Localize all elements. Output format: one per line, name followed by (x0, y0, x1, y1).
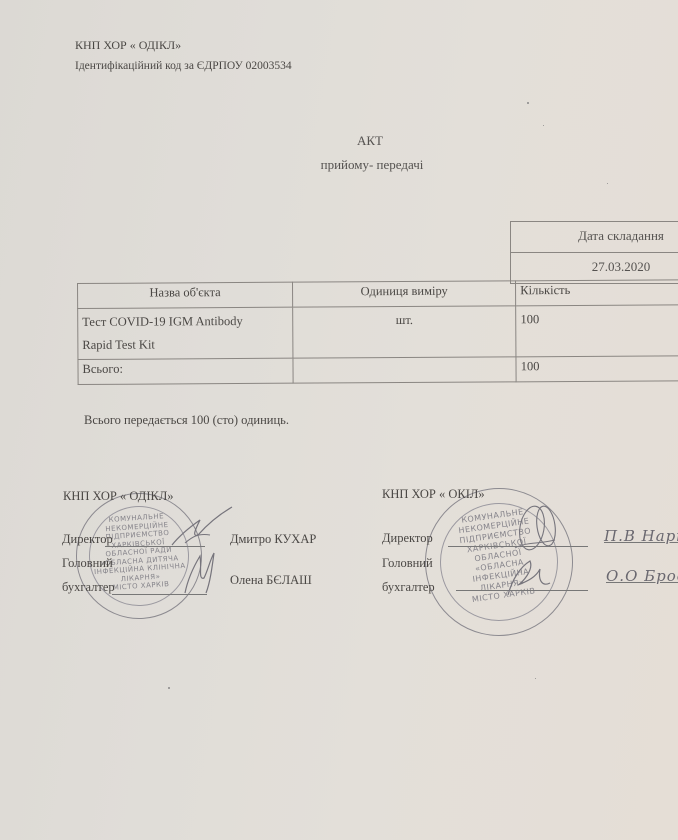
left-accountant-signature (180, 548, 220, 598)
paper-speck (607, 183, 608, 184)
document-title: АКТ (0, 133, 678, 149)
left-accountant-name: Олена БЄЛАШ (230, 573, 312, 588)
left-director-label: Директор (62, 532, 113, 547)
summary-text: Всього передається 100 (сто) одиниць. (84, 413, 289, 428)
left-accountant-label-1: Головний (62, 556, 113, 571)
date-label: Дата складання (511, 222, 678, 253)
item-name-line-2: Rapid Test Kit (82, 333, 288, 357)
date-box: Дата складання 27.03.2020 (510, 221, 678, 284)
table-header-row: Назва об'єкта Одиниця виміру Кількість (78, 280, 678, 309)
paper-speck (527, 102, 529, 104)
left-director-signature (170, 505, 240, 550)
total-unit-cell (293, 357, 516, 383)
organization-name: КНП ХОР « ОДІКЛ» (75, 38, 181, 53)
right-director-label: Директор (382, 531, 433, 546)
item-unit-cell: шт. (293, 306, 516, 358)
column-header-name: Назва об'єкта (78, 282, 293, 308)
table-row: Тест COVID-19 IGM Antibody Rapid Test Ki… (78, 305, 678, 360)
item-quantity-cell: 100 (516, 305, 678, 357)
item-name-line-1: Тест COVID-19 IGM Antibody (82, 310, 288, 334)
right-organization: КНП ХОР « ОКІЛ» (382, 487, 485, 502)
right-accountant-label-2: бухгалтер (382, 580, 435, 595)
paper-speck (535, 678, 536, 679)
table-total-row: Всього: 100 (78, 356, 678, 385)
total-label-cell: Всього: (78, 358, 293, 384)
right-accountant-handwritten-name: О.О Брос (606, 567, 678, 585)
items-table: Назва об'єкта Одиниця виміру Кількість Т… (77, 279, 678, 385)
paper-speck (543, 125, 544, 126)
right-director-handwritten-name: П.В Нарі (604, 527, 678, 545)
left-accountant-label-2: бухгалтер (62, 580, 115, 595)
column-header-quantity: Кількість (516, 280, 678, 306)
total-quantity-cell: 100 (516, 356, 678, 382)
right-director-signature (510, 500, 570, 555)
document-subtitle: прийому- передачі (0, 157, 678, 173)
left-director-name: Дмитро КУХАР (230, 532, 316, 547)
right-accountant-signature (500, 555, 555, 600)
paper-speck (168, 687, 170, 689)
left-organization: КНП ХОР « ОДІКЛ» (63, 489, 174, 504)
item-name-cell: Тест COVID-19 IGM Antibody Rapid Test Ki… (78, 307, 293, 359)
edrpou-code-line: Ідентифікаційний код за ЄДРПОУ 02003534 (75, 60, 292, 72)
right-accountant-label-1: Головний (382, 556, 433, 571)
column-header-unit: Одиниця виміру (293, 281, 516, 307)
